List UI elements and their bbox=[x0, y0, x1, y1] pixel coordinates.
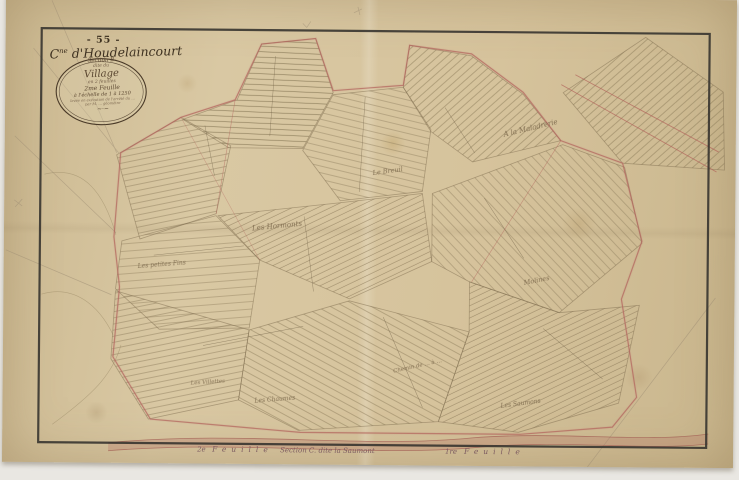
map-sheet: - 55 - Cne d'Houdelaincourt Section B di… bbox=[2, 0, 737, 468]
bottom-right-sheet-number: 1re bbox=[445, 448, 457, 456]
scan-background: - 55 - Cne d'Houdelaincourt Section B di… bbox=[0, 0, 739, 480]
bottom-left-sheet-number: 2e bbox=[197, 446, 206, 454]
cartouche-flourish: ~·~ bbox=[97, 105, 109, 113]
title-cartouche: Section B dite du Village en 2 feuilles … bbox=[54, 56, 151, 126]
bottom-right-sheet-word: Feuille bbox=[464, 447, 525, 457]
bottom-section-title: Section C. dite la Saumont bbox=[280, 446, 375, 455]
left-margin-curves bbox=[40, 172, 122, 425]
bottom-left-sheet-word: Feuille bbox=[212, 445, 273, 455]
